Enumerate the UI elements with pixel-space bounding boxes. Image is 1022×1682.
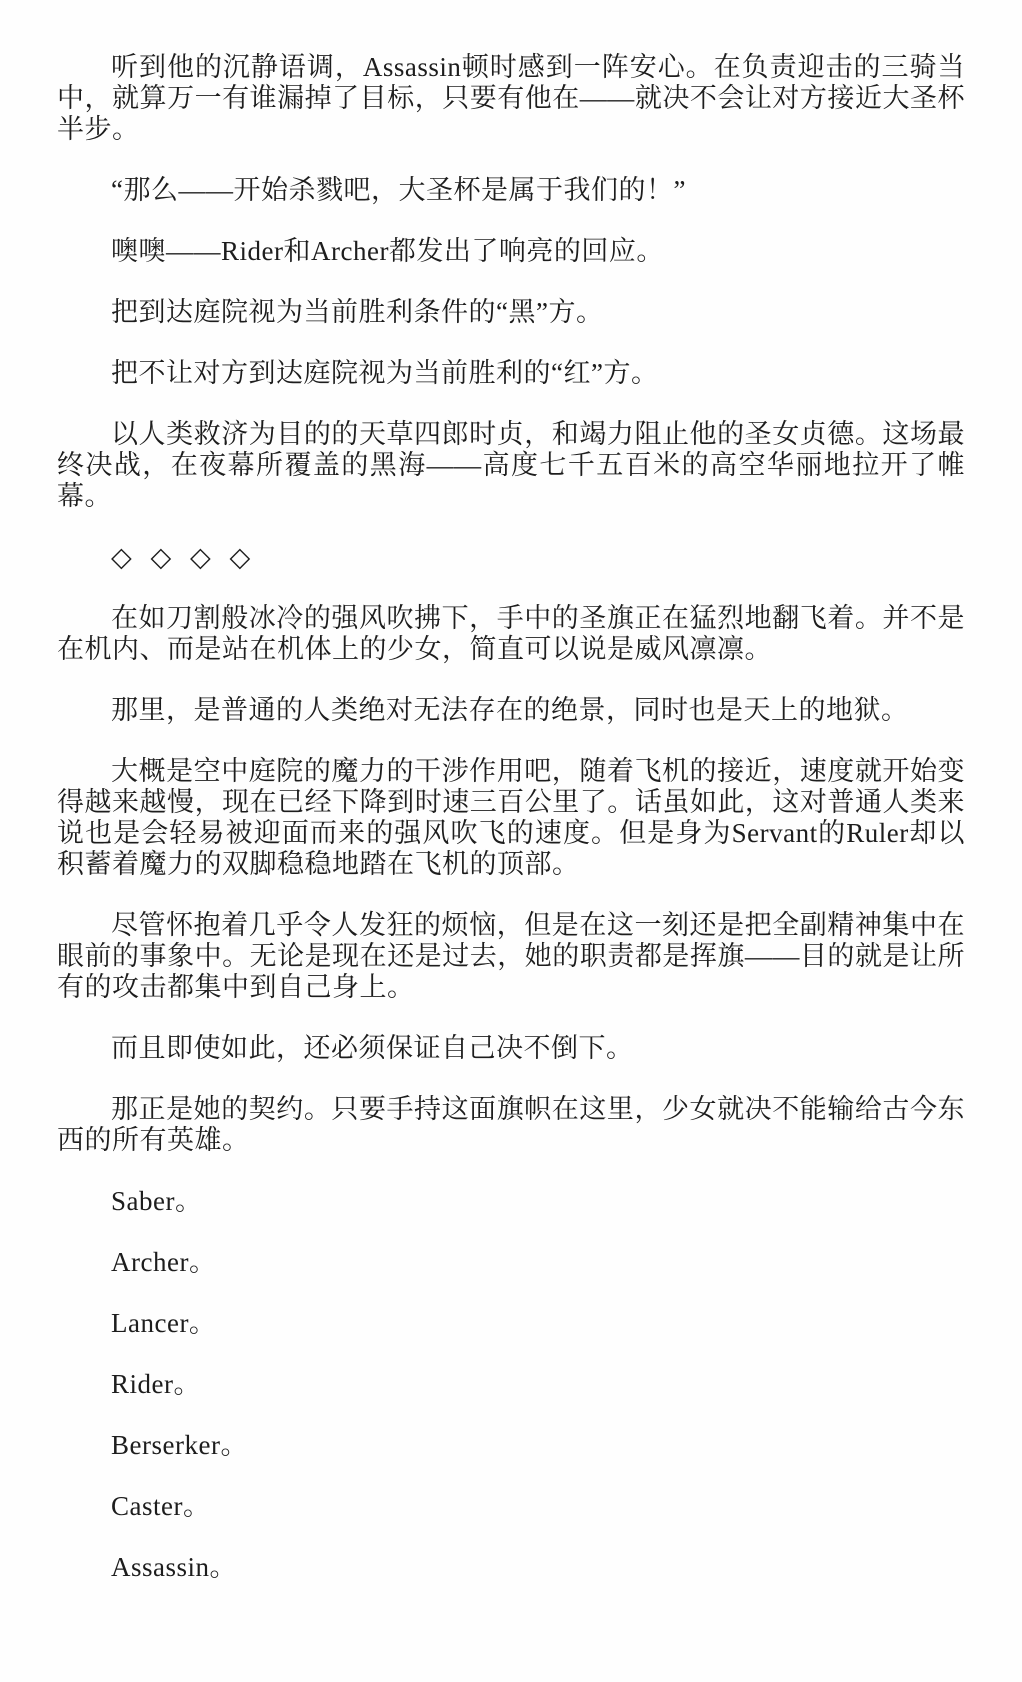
- paragraph: 听到他的沉静语调，Assassin顿时感到一阵安心。在负责迎击的三骑当中，就算万…: [57, 52, 965, 145]
- paragraph: Rider。: [57, 1369, 965, 1400]
- paragraph: 而且即使如此，还必须保证自己决不倒下。: [57, 1033, 965, 1064]
- paragraph: 尽管怀抱着几乎令人发狂的烦恼，但是在这一刻还是把全副精神集中在眼前的事象中。无论…: [57, 910, 965, 1003]
- novel-page: 听到他的沉静语调，Assassin顿时感到一阵安心。在负责迎击的三骑当中，就算万…: [0, 0, 1022, 1682]
- paragraph: 那里，是普通的人类绝对无法存在的绝景，同时也是天上的地狱。: [57, 695, 965, 726]
- paragraph: Archer。: [57, 1247, 965, 1278]
- section-separator: ◇ ◇ ◇ ◇: [57, 542, 965, 573]
- paragraph: 那正是她的契约。只要手持这面旗帜在这里，少女就决不能输给古今东西的所有英雄。: [57, 1094, 965, 1156]
- paragraph: Saber。: [57, 1186, 965, 1217]
- paragraph: Caster。: [57, 1491, 965, 1522]
- paragraph: “那么——开始杀戮吧，大圣杯是属于我们的！”: [57, 175, 965, 206]
- paragraph: 以人类救济为目的的天草四郎时贞，和竭力阻止他的圣女贞德。这场最终决战，在夜幕所覆…: [57, 419, 965, 512]
- paragraph: 把不让对方到达庭院视为当前胜利的“红”方。: [57, 358, 965, 389]
- page-content: 听到他的沉静语调，Assassin顿时感到一阵安心。在负责迎击的三骑当中，就算万…: [57, 52, 965, 1583]
- paragraph: 在如刀割般冰冷的强风吹拂下，手中的圣旗正在猛烈地翻飞着。并不是在机内、而是站在机…: [57, 603, 965, 665]
- paragraph: Assassin。: [57, 1552, 965, 1583]
- paragraph: Berserker。: [57, 1430, 965, 1461]
- paragraph: 噢噢——Rider和Archer都发出了响亮的回应。: [57, 236, 965, 267]
- paragraph: Lancer。: [57, 1308, 965, 1339]
- paragraph: 大概是空中庭院的魔力的干涉作用吧，随着飞机的接近，速度就开始变得越来越慢，现在已…: [57, 756, 965, 880]
- paragraph: 把到达庭院视为当前胜利条件的“黑”方。: [57, 297, 965, 328]
